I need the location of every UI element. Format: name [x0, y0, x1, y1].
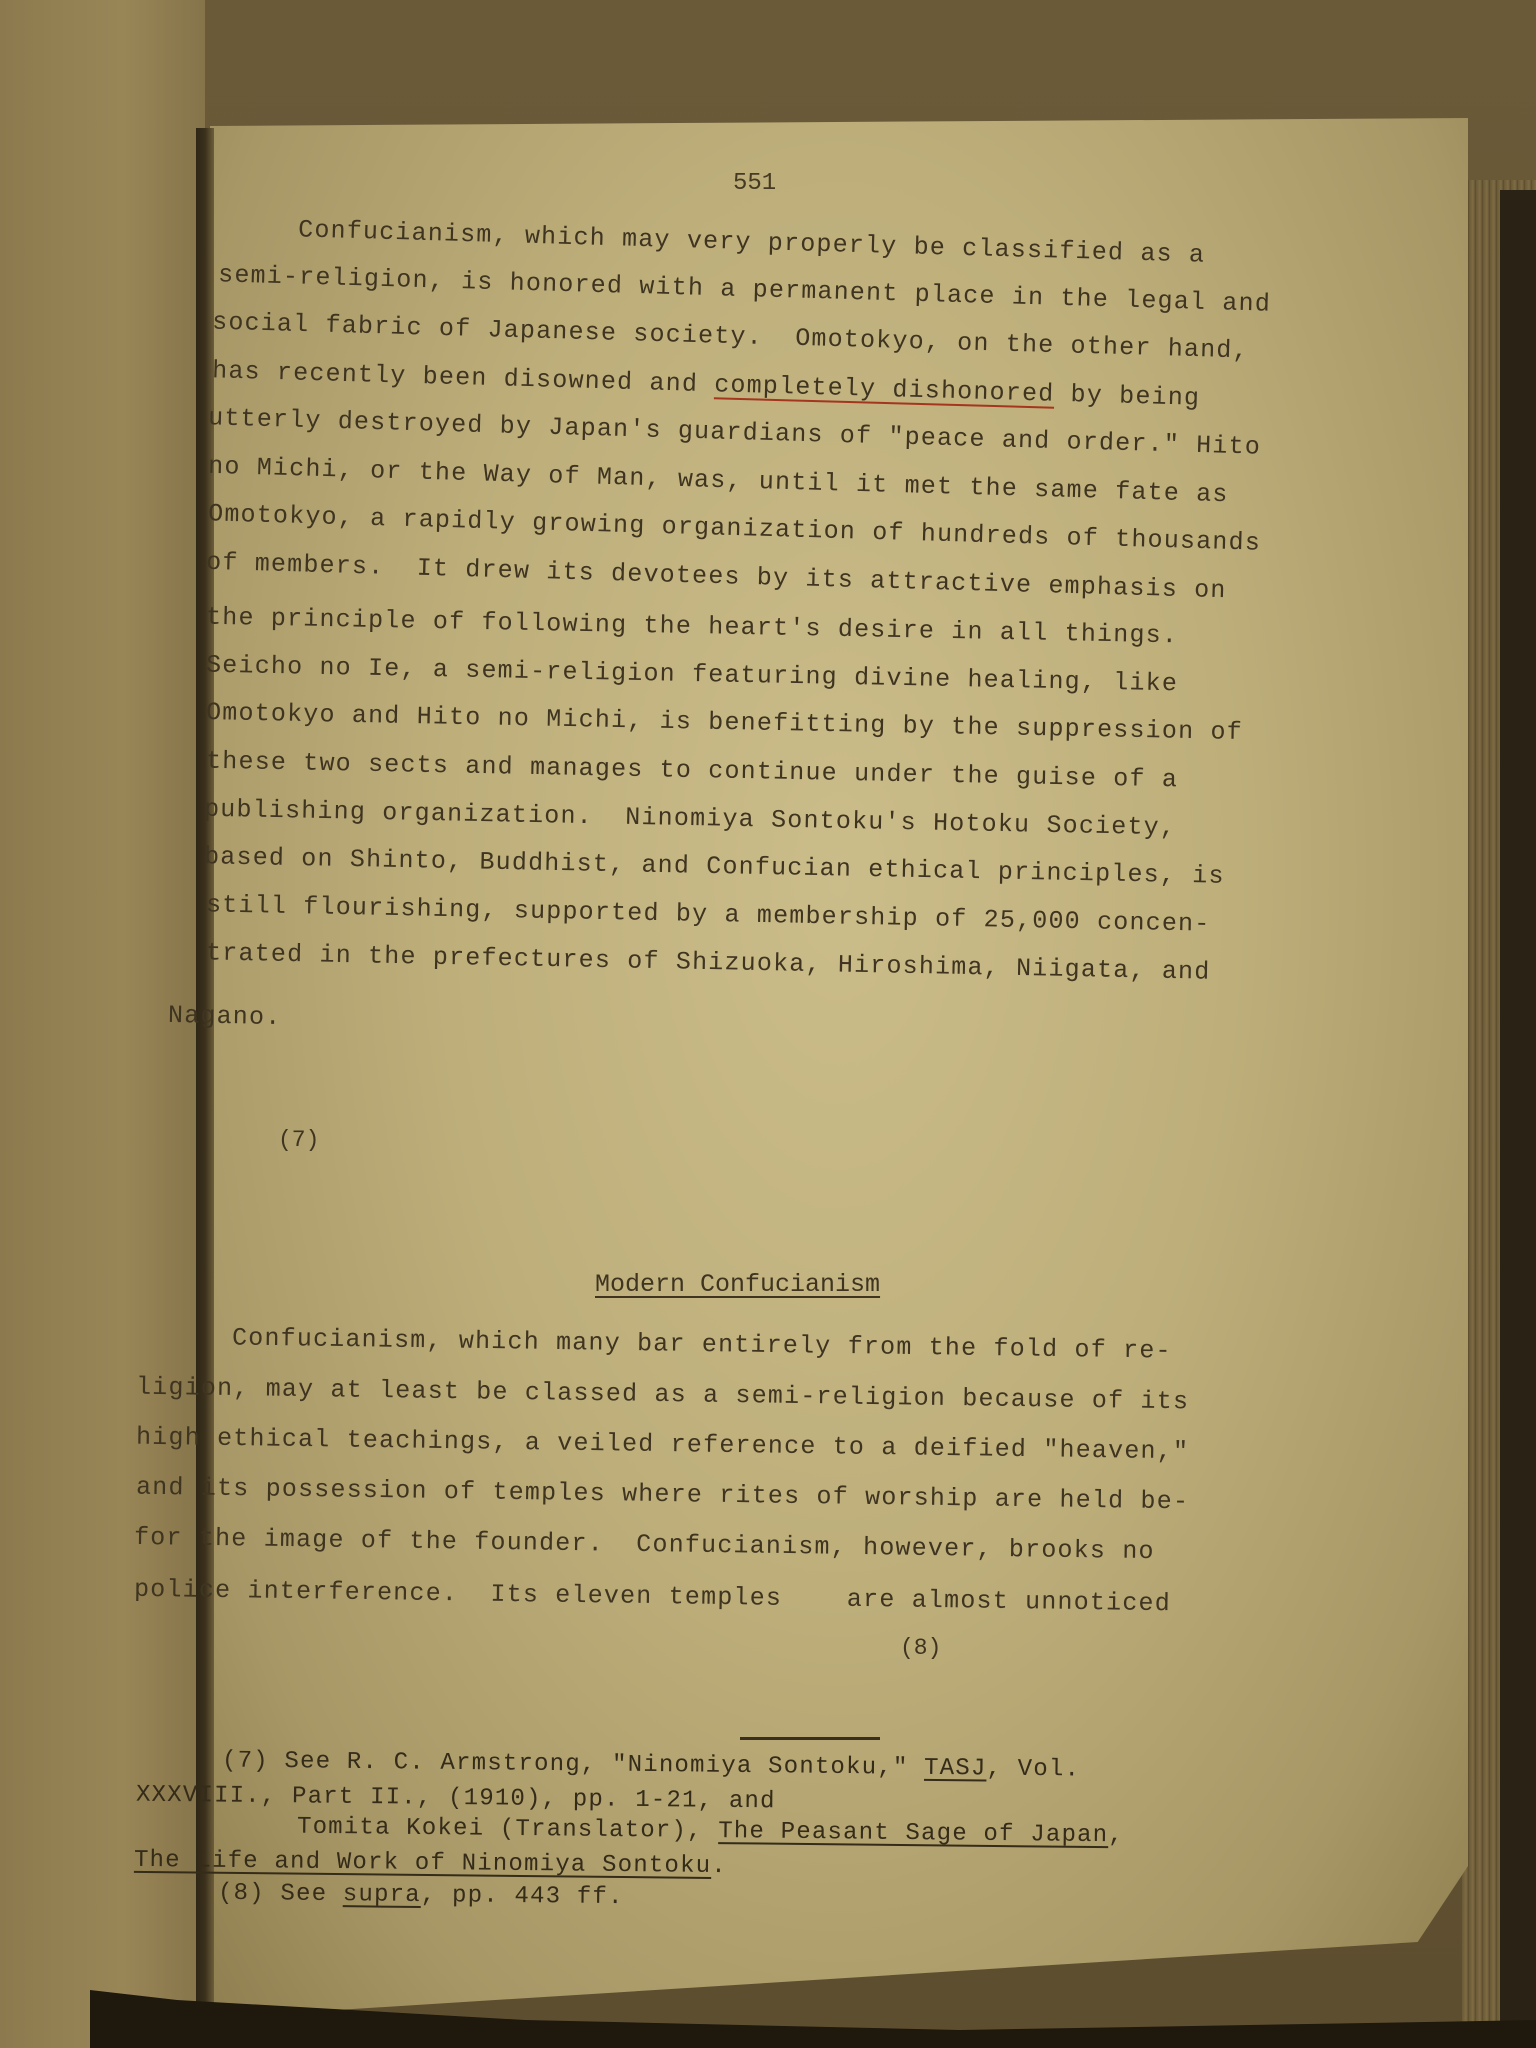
section-heading: Modern Confucianism — [595, 1270, 880, 1299]
footnote-ref-7: (7) — [278, 1127, 319, 1153]
footnote-ref-8: (8) — [900, 1635, 941, 1661]
footnote-rule — [740, 1737, 880, 1740]
page-number: 551 — [733, 170, 776, 197]
footnotes: (7) See R. C. Armstrong, "Ninomiya Sonto… — [0, 0, 32, 174]
footnote-8: (8) See supra, pp. 443 ff. — [218, 1880, 624, 1911]
paragraph-1-line: Nagano. — [168, 1001, 282, 1032]
book-cover-edge — [1500, 190, 1536, 2048]
typewritten-page — [210, 118, 1468, 2018]
